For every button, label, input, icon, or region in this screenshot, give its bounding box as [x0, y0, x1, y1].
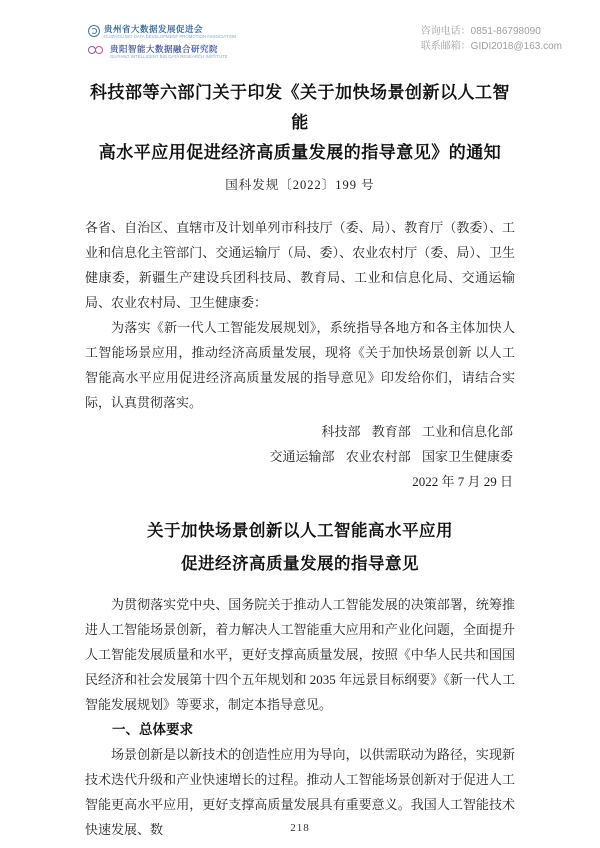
document-content: 科技部等六部门关于印发《关于加快场景创新以人工智能 高水平应用促进经济高质量发展… — [0, 0, 600, 842]
guideline-title-line1: 关于加快场景创新以人工智能高水平应用 — [85, 514, 515, 547]
contact-phone: 咨询电话：0851-86798090 — [421, 24, 562, 39]
section-heading: 一、总体要求 — [85, 717, 515, 742]
association-logo-text: 贵州省大数据发展促进会 GUIZHOU BIG DATA DEVELOPMENT… — [104, 24, 288, 41]
signature-block: 科技部 教育部 工业和信息化部 交通运输部 农业农村部 国家卫生健康委 2022… — [85, 419, 515, 494]
page-number: 218 — [0, 822, 600, 834]
signers-line1: 科技部 教育部 工业和信息化部 — [85, 419, 513, 444]
doc-number: 国科发规〔2022〕199 号 — [85, 175, 515, 193]
institute-logo-icon — [88, 45, 106, 57]
association-logo-icon — [88, 25, 100, 37]
signers-line2: 交通运输部 农业农村部 国家卫生健康委 — [85, 444, 513, 469]
recipients-paragraph: 各省、自治区、直辖市及计划单列市科技厅（委、局）、教育厅（教委）、工业和信息化主… — [85, 215, 515, 315]
notice-body-paragraph: 为落实《新一代人工智能发展规划》，系统指导各地方和各主体加快人工智能场景应用，推… — [85, 315, 515, 415]
logo-block: 贵州省大数据发展促进会 GUIZHOU BIG DATA DEVELOPMENT… — [88, 24, 288, 61]
association-logo-subtext: GUIZHOU BIG DATA DEVELOPMENT PROMOTION A… — [104, 35, 236, 39]
notice-title-line2: 高水平应用促进经济高质量发展的指导意见》的通知 — [85, 138, 515, 168]
notice-title-line1: 科技部等六部门关于印发《关于加快场景创新以人工智能 — [85, 78, 515, 138]
guideline-title-line2: 促进经济高质量发展的指导意见 — [85, 547, 515, 580]
institute-logo-name: 贵阳智能大数据融合研究院 — [110, 44, 274, 54]
association-logo-name: 贵州省大数据发展促进会 — [104, 24, 288, 34]
contact-info: 咨询电话：0851-86798090 联系邮箱：GIDI2018@163.com — [421, 24, 562, 54]
document-page: 贵州省大数据发展促进会 GUIZHOU BIG DATA DEVELOPMENT… — [0, 0, 600, 848]
logo-association: 贵州省大数据发展促进会 GUIZHOU BIG DATA DEVELOPMENT… — [88, 24, 288, 41]
guideline-title: 关于加快场景创新以人工智能高水平应用 促进经济高质量发展的指导意见 — [85, 514, 515, 580]
signature-date: 2022 年 7 月 29 日 — [85, 469, 513, 494]
page-header: 贵州省大数据发展促进会 GUIZHOU BIG DATA DEVELOPMENT… — [88, 24, 562, 61]
contact-email: 联系邮箱：GIDI2018@163.com — [421, 39, 562, 54]
institute-logo-text: 贵阳智能大数据融合研究院 GUIYANG INTELLIGENT BIG DAT… — [110, 44, 274, 61]
institute-logo-subtext: GUIYANG INTELLIGENT BIG DATA RESEARCH IN… — [110, 55, 228, 59]
guideline-intro-paragraph: 为贯彻落实党中央、国务院关于推动人工智能发展的决策部署，统筹推进人工智能场景创新… — [85, 592, 515, 717]
notice-title: 科技部等六部门关于印发《关于加快场景创新以人工智能 高水平应用促进经济高质量发展… — [85, 78, 515, 168]
logo-institute: 贵阳智能大数据融合研究院 GUIYANG INTELLIGENT BIG DAT… — [88, 44, 288, 61]
